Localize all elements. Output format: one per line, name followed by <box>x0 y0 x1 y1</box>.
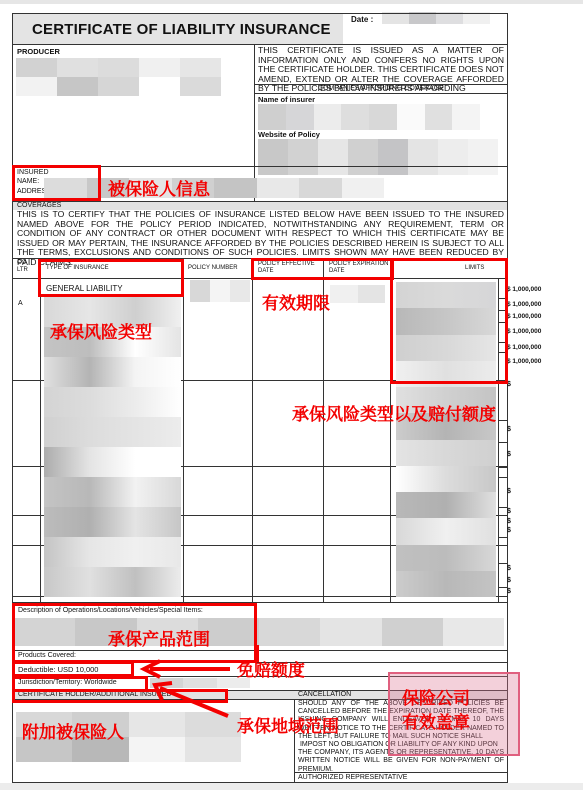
page-bottom-edge <box>0 783 583 790</box>
annotation-stamp-line2: 有效盖章 <box>402 708 470 733</box>
annotation-coverage-type: 承保风险类型 <box>50 318 152 343</box>
annotation-stamp-line1: 保险公司 <box>402 684 470 709</box>
annotation-coverage-limits: 承保风险类型以及赔付额度 <box>292 400 496 425</box>
annotation-additional-insured: 附加被保险人 <box>22 718 124 743</box>
annotation-deductible: 免赔额度 <box>237 656 305 681</box>
annotation-territory: 承保地域范围 <box>237 712 339 737</box>
annotation-validity: 有效期限 <box>262 289 330 314</box>
annotation-product-scope: 承保产品范围 <box>108 625 210 650</box>
annotation-insured-info: 被保险人信息 <box>108 175 210 200</box>
